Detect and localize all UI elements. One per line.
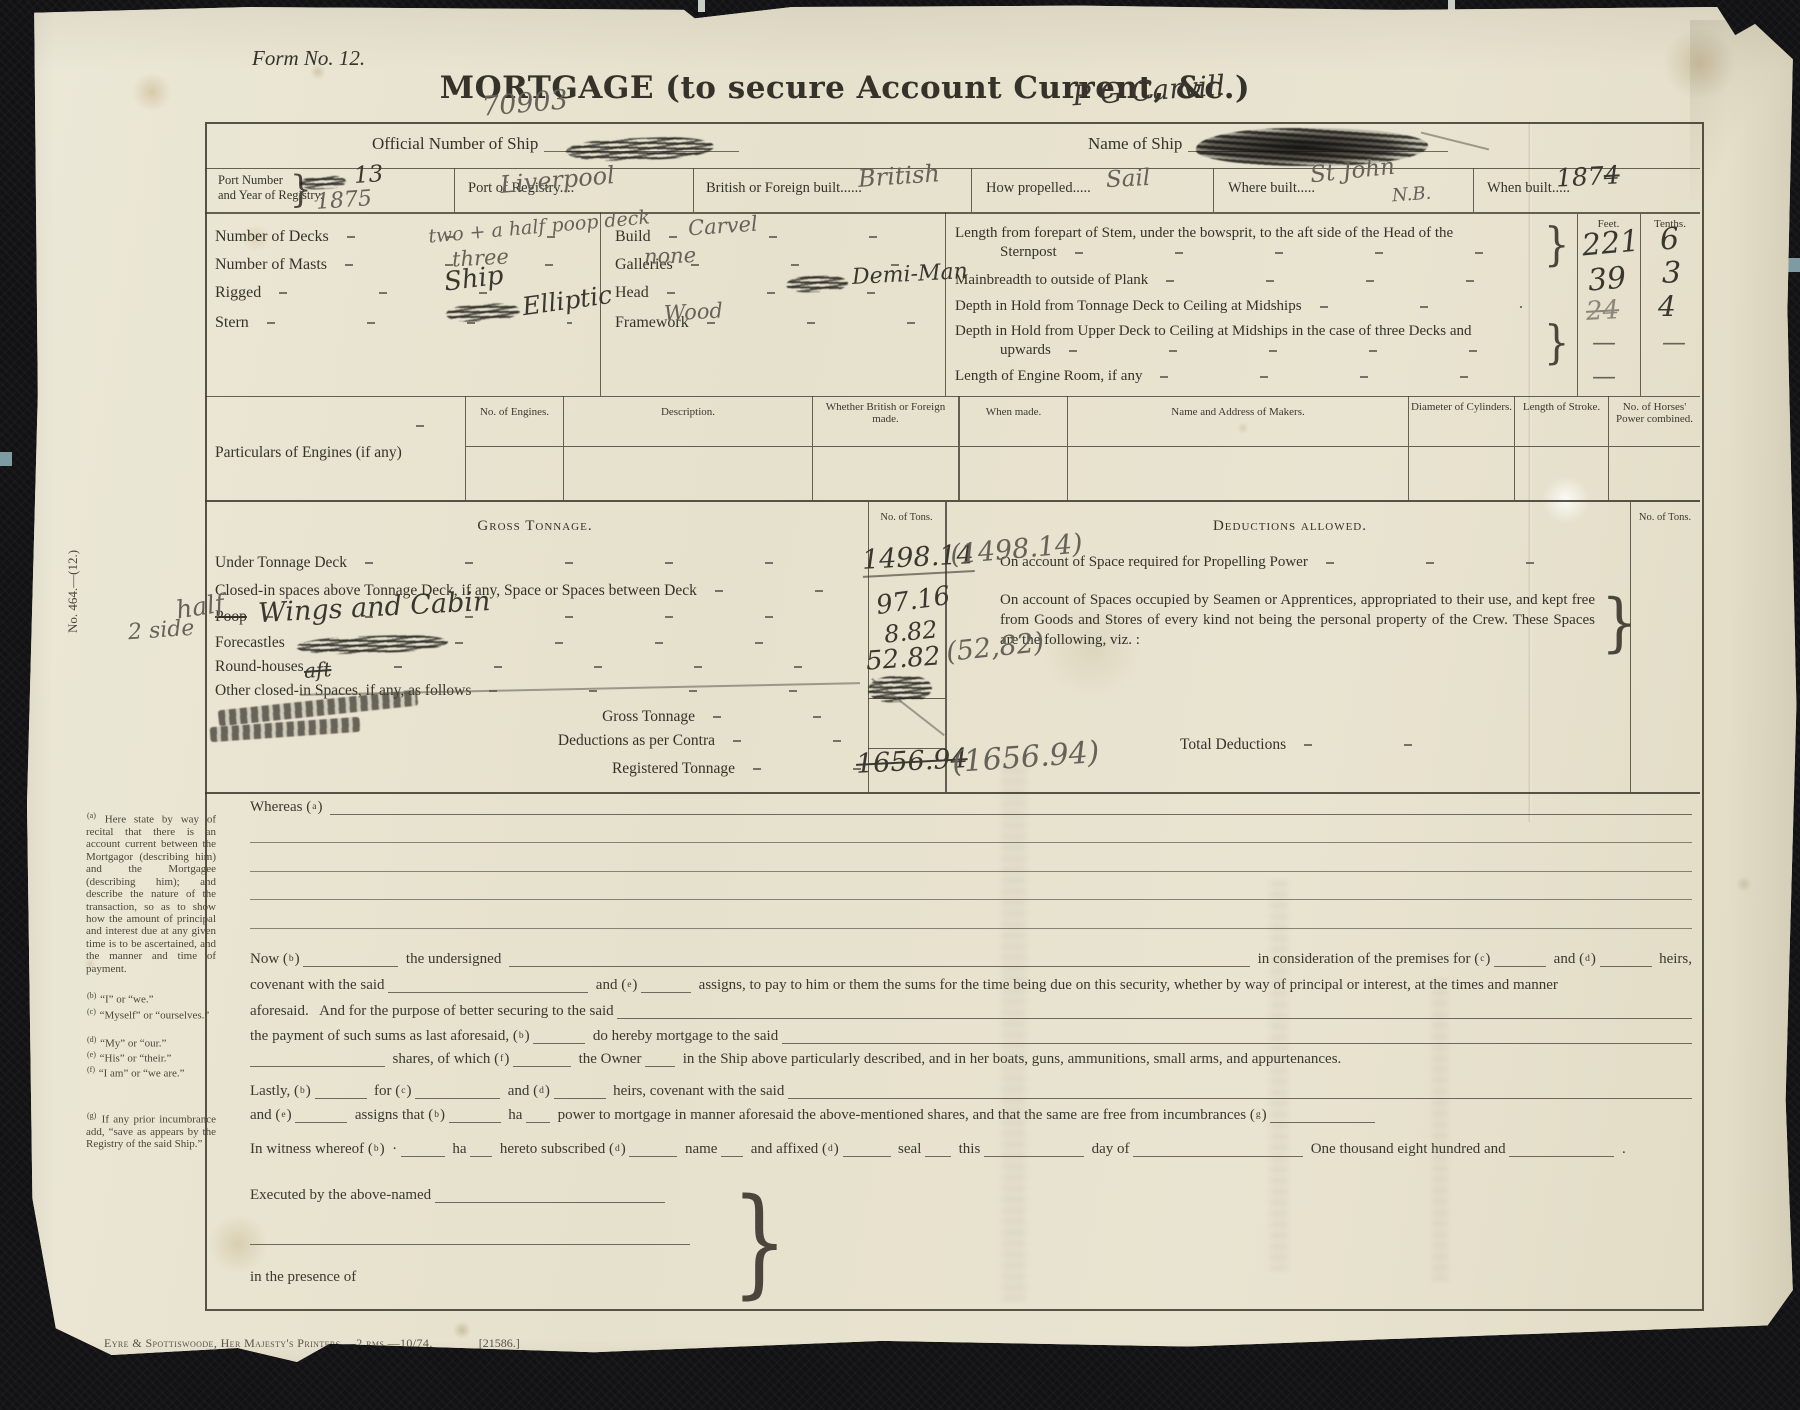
now-line-5: shares, of which (f) the Owner in the Sh… — [250, 1050, 1692, 1069]
margin-note-d: (d) “My” or “our.” — [86, 1036, 216, 1050]
official-number-label: Official Number of Ship — [372, 134, 538, 154]
engines-col-stroke: Length of Stroke. — [1514, 396, 1608, 500]
masts-row: Number of Masts — [215, 256, 590, 274]
masts-label: Number of Masts — [215, 256, 327, 274]
where-built-label: Where built..... — [1228, 180, 1315, 197]
measure-row-mainbreadth: Mainbreadth to outside of Plank — [955, 272, 1540, 289]
measure-depth-upper-line1: Depth in Hold from Upper Deck to Ceiling… — [955, 323, 1472, 339]
handwritten-where-built-province: N.B. — [1391, 183, 1432, 207]
under-deck-label: Under Tonnage Deck — [215, 554, 347, 572]
margin-note-g-text: If any prior incumbrance add, “save as a… — [86, 1114, 216, 1151]
hw-depth-feet: 24 — [1585, 295, 1620, 327]
margin-note-c: (c) “Myself” or “ourselves.” — [86, 1008, 216, 1022]
hw-engine-room-feet: — — [1592, 362, 1616, 390]
measure-row-length-line2: Sternpost — [1000, 244, 1540, 261]
measure-engine-room-label: Length of Engine Room, if any — [955, 368, 1142, 385]
where-built-cell: Where built..... — [1228, 180, 1315, 197]
scanned-mortgage-form: Form No. 12. MORTGAGE (to secure Account… — [0, 0, 1800, 1410]
side-form-reference: No. 464.—(12.) — [65, 523, 81, 633]
now-line-4: the payment of such sums as last aforesa… — [250, 1027, 1692, 1046]
margin-note-f-marker: (f) — [86, 1065, 96, 1078]
ruled-line-4 — [250, 928, 1692, 929]
presence-line: in the presence of — [250, 1268, 650, 1287]
handwritten-year: 1875 — [315, 186, 373, 215]
hw-depth-tenths: 4 — [1658, 290, 1676, 323]
total-deductions-row: Total Deductions — [1180, 736, 1625, 754]
hw-2side: 2 side — [127, 616, 195, 646]
now-line-1: Now (b) the undersigned in consideration… — [250, 950, 1692, 969]
summary-registered-tonnage: Registered Tonnage — [495, 760, 863, 778]
measure-row-engine-room: Length of Engine Room, if any — [955, 368, 1540, 385]
stern-label: Stern — [215, 314, 249, 332]
built-cell: British or Foreign built...... — [706, 180, 862, 197]
measure-row-depth-tonnage: Depth in Hold from Tonnage Deck to Ceili… — [955, 298, 1540, 315]
built-label: British or Foreign built...... — [706, 180, 862, 197]
margin-note-f-text: “I am” or “we are.” — [99, 1068, 185, 1080]
printer-line: Eyre & Spottiswoode, Her Majesty's Print… — [104, 1336, 433, 1351]
margin-note-b-text: “I” or “we.” — [100, 994, 153, 1006]
margin-note-d-text: “My” or “our.” — [100, 1038, 166, 1050]
margin-note-e: (e) “His” or “their.” — [86, 1051, 216, 1065]
deductions-title: Deductions allowed. — [1085, 518, 1495, 535]
hw-build: Carvel — [687, 212, 758, 241]
framework-row: Framework — [615, 314, 935, 332]
engines-col-makers: Name and Address of Makers. — [1067, 396, 1408, 500]
margin-note-c-text: “Myself” or “ourselves.” — [100, 1010, 210, 1022]
paper-sheet: Form No. 12. MORTGAGE (to secure Account… — [0, 0, 1800, 1410]
summary-gross-tonnage: Gross Tonnage — [495, 708, 863, 726]
now-line-2: covenant with the said and (e) assigns, … — [250, 976, 1692, 995]
port-number-label-line1: Port Number — [218, 173, 283, 187]
measure-length-line1: Length from forepart of Stem, under the … — [955, 225, 1453, 241]
lastly-line-2: and (e) assigns that (b) ha power to mor… — [250, 1106, 1692, 1125]
round-houses-label: Round-houses — [215, 658, 304, 676]
margin-note-g-marker: (g) — [86, 1111, 97, 1124]
head-label: Head — [615, 284, 649, 302]
deductions-row-propelling: On account of Space required for Propell… — [1000, 554, 1625, 571]
gross-tonnage-label: Gross Tonnage — [602, 708, 695, 726]
form-number: Form No. 12. — [252, 46, 365, 71]
whereas-line: Whereas (a) — [250, 798, 1692, 817]
gross-tonnage-title: Gross Tonnage. — [385, 518, 685, 535]
registration-tick-right — [1788, 258, 1800, 272]
margin-note-e-marker: (e) — [86, 1050, 97, 1063]
total-deductions-label: Total Deductions — [1180, 736, 1286, 754]
registration-tick-top-left — [698, 0, 705, 12]
hw-length-feet: 221 — [1581, 224, 1641, 264]
executed-line: Executed by the above-named — [250, 1186, 810, 1205]
handwritten-official-number: 70903 — [481, 84, 569, 122]
when-built-correction: 7 — [1587, 161, 1604, 191]
margin-note-d-marker: (d) — [86, 1035, 97, 1048]
printer-imprint: Eyre & Spottiswoode, Her Majesty's Print… — [104, 1336, 520, 1351]
margin-note-e-text: “His” or “their.” — [100, 1053, 172, 1065]
handwritten-when-built: 1874 — [1555, 160, 1620, 192]
propelled-label: How propelled..... — [986, 180, 1091, 197]
margin-note-f: (f) “I am” or “we are.” — [86, 1066, 216, 1080]
engines-col-count: No. of Engines. — [465, 396, 563, 500]
measure-mainbreadth-label: Mainbreadth to outside of Plank — [955, 272, 1148, 289]
engines-col-description: Description. — [563, 396, 812, 500]
measure-row-length: Length from forepart of Stem, under the … — [955, 224, 1540, 243]
hw-mainbreadth-feet: 39 — [1587, 260, 1628, 298]
lastly-line-1: Lastly, (b) for (c) and (d) heirs, coven… — [250, 1082, 1692, 1101]
deductions-contra-label: Deductions as per Contra — [558, 732, 715, 750]
handwritten-propelled: Sail — [1105, 165, 1150, 193]
hw-depth-upper-feet: — — [1592, 328, 1616, 356]
port-number-brace: } — [290, 168, 312, 212]
when-built-digits: 18 — [1555, 162, 1588, 193]
engines-col-when-made: When made. — [958, 396, 1067, 500]
ruled-line-2 — [250, 871, 1692, 872]
handwritten-built: British — [857, 159, 941, 193]
printer-reference: [21586.] — [479, 1336, 520, 1351]
margin-note-a-text: Here state by way of recital that there … — [86, 814, 216, 975]
summary-deductions-contra: Deductions as per Contra — [495, 732, 863, 750]
now-line-3: aforesaid. And for the purpose of better… — [250, 1002, 1692, 1021]
engines-col-origin: Whether British or Foreign made. — [812, 396, 958, 500]
engines-col-horsepower: No. of Horses' Power combined. — [1608, 396, 1700, 500]
measure-row-depth-upper-line2: upwards — [1000, 342, 1540, 359]
deductions-row-crew-spaces: On account of Spaces occupied by Seamen … — [1000, 590, 1595, 650]
witness-line: In witness whereof (b) · ha hereto subsc… — [250, 1140, 1695, 1159]
engines-row-label-cell: Particulars of Engines (if any) — [205, 396, 465, 500]
margin-note-a: (a) Here state by way of recital that th… — [86, 812, 216, 975]
measure-length-brace: } — [1544, 219, 1569, 272]
margin-note-a-marker: (a) — [86, 811, 97, 824]
name-of-ship-label: Name of Ship — [1088, 134, 1182, 154]
registered-tonnage-label: Registered Tonnage — [612, 760, 735, 778]
margin-note-b-marker: (b) — [86, 991, 97, 1004]
measure-depth-upper-line2: upwards — [1000, 342, 1051, 359]
forecastles-label: Forecastles — [215, 634, 285, 652]
when-built-struck-digit: 4 — [1603, 160, 1620, 190]
handwritten-port-number: 13 — [353, 161, 384, 189]
ruled-line-1 — [250, 842, 1692, 843]
executed-blank-line — [250, 1232, 810, 1247]
hw-round-houses-tons: 52.82 — [865, 641, 941, 676]
rigged-label: Rigged — [215, 284, 261, 302]
executed-brace: } — [731, 1172, 787, 1310]
propelled-cell: How propelled..... — [986, 180, 1091, 197]
hw-galleries: none — [644, 243, 697, 269]
tonnage-row-under-deck: Under Tonnage Deck — [215, 554, 863, 572]
decks-label: Number of Decks — [215, 228, 329, 246]
measure-row-depth-upper: Depth in Hold from Upper Deck to Ceiling… — [955, 322, 1540, 341]
hw-mainbreadth-tenths: 3 — [1662, 256, 1681, 291]
registration-tick-left — [0, 452, 12, 466]
measure-depth-tonnage-label: Depth in Hold from Tonnage Deck to Ceili… — [955, 298, 1302, 315]
margin-note-g: (g) If any prior incumbrance add, “save … — [86, 1112, 216, 1151]
hw-depth-upper-tenths: — — [1662, 328, 1686, 356]
hw-length-tenths: 6 — [1659, 221, 1680, 257]
ruled-line-3 — [250, 899, 1692, 900]
deductions-brace: } — [1601, 585, 1638, 660]
engines-table: Particulars of Engines (if any) No. of E… — [205, 396, 1700, 500]
measure-length-line2: Sternpost — [1000, 244, 1057, 261]
measure-depth-upper-brace: } — [1544, 317, 1569, 370]
engines-col-cylinder-diameter: Diameter of Cylinders. — [1408, 396, 1514, 500]
margin-note-c-marker: (c) — [86, 1007, 97, 1020]
margin-note-b: (b) “I” or “we.” — [86, 992, 216, 1006]
hw-round-houses-aft: aft — [303, 657, 332, 683]
hw-framework: Wood — [663, 298, 723, 325]
engines-row-label: Particulars of Engines (if any) — [215, 444, 402, 462]
tons-header-left: No. of Tons. — [868, 512, 945, 523]
tons-header-right: No. of Tons. — [1630, 512, 1700, 523]
